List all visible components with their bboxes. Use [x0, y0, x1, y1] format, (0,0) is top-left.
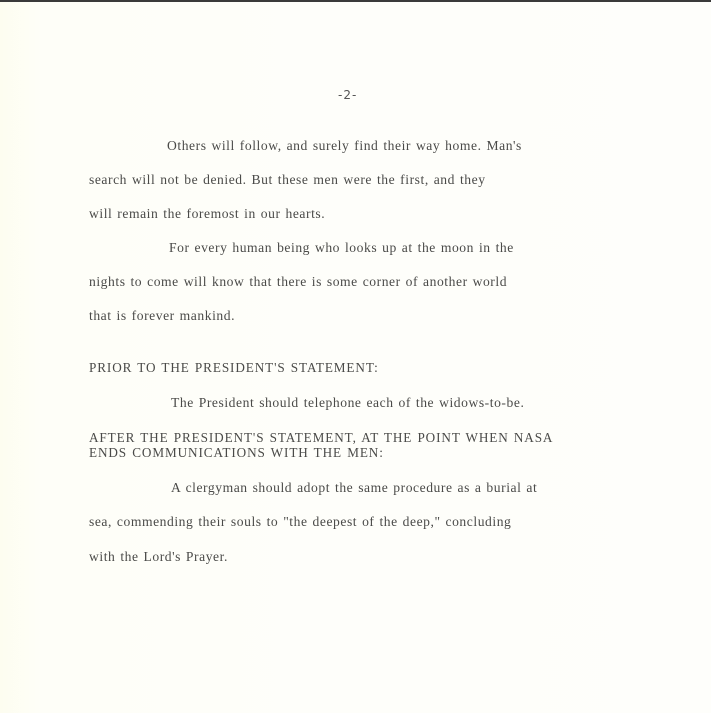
paragraph-1-line-1: Others will follow, and surely find thei…: [167, 139, 522, 153]
paragraph-2-line-2: nights to come will know that there is s…: [89, 275, 507, 289]
document-page: -2- Others will follow, and surely find …: [0, 2, 711, 713]
paragraph-1-line-3: will remain the foremost in our hearts.: [89, 207, 325, 221]
page-number: -2-: [338, 89, 357, 101]
section-1-heading: PRIOR TO THE PRESIDENT'S STATEMENT:: [89, 361, 379, 374]
paragraph-1-line-2: search will not be denied. But these men…: [89, 173, 486, 187]
section-2-heading-line-2: ENDS COMMUNICATIONS WITH THE MEN:: [89, 446, 384, 459]
paragraph-2-line-1: For every human being who looks up at th…: [169, 241, 514, 255]
paragraph-2-line-3: that is forever mankind.: [89, 309, 235, 323]
section-2-body-line-3: with the Lord's Prayer.: [89, 550, 228, 564]
section-1-body: The President should telephone each of t…: [171, 396, 524, 410]
section-2-heading-line-1: AFTER THE PRESIDENT'S STATEMENT, AT THE …: [89, 431, 553, 444]
section-2-body-line-1: A clergyman should adopt the same proced…: [171, 481, 537, 495]
section-2-body-line-2: sea, commending their souls to "the deep…: [89, 515, 511, 529]
